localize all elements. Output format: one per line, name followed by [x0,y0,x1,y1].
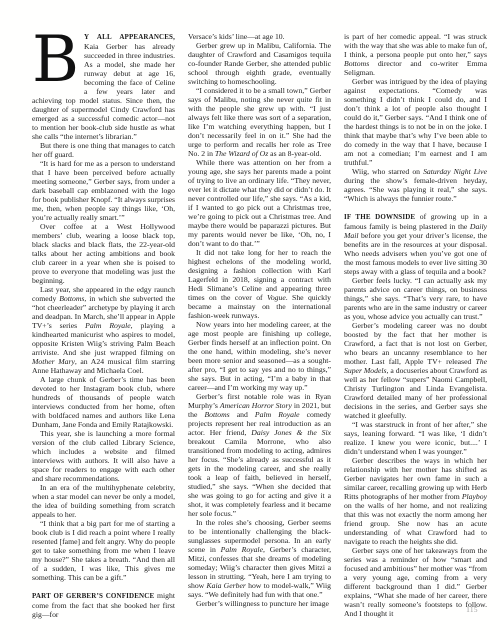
body-text: and [230,410,255,419]
text-column-1: BY ALL APPEARANCES, Kaia Gerber has alre… [32,32,175,619]
text-column-2: Versace’s kids’ line—at age 10.Gerber gr… [188,32,331,619]
paragraph: BY ALL APPEARANCES, Kaia Gerber has alre… [32,32,175,141]
section-lead-text: IF THE DOWNSIDE [344,213,415,221]
paragraph: In an era of the multihyphenate celebrit… [32,483,175,519]
paragraph: IF THE DOWNSIDE of growing up in a famou… [344,212,487,276]
paragraph: This year, she is launching a more forma… [32,429,175,483]
body-text: While there was attention on her from a … [188,158,331,248]
body-text: Gerber grew up in Malibu, California. Th… [188,41,331,86]
paragraph: is part of her comedic appeal. “I was st… [344,32,487,77]
body-text: Now years into her modeling career, at t… [188,320,331,392]
work-title-italic: Bottoms [344,59,369,68]
paragraph: “I considered it to be a small town,” Ge… [188,86,331,158]
paragraph: Last year, she appeared in the edgy raun… [32,285,175,375]
paragraph: While there was attention on her from a … [188,158,331,248]
body-text: breakout Camila Morrone, who also transi… [188,437,331,518]
paragraph: Gerber’s willingness to puncture her ima… [188,599,331,608]
work-title-italic: Bottoms [59,294,84,303]
body-text: Gerber was intrigued by the idea of play… [344,77,487,167]
body-text: Gerber feels lucky. “I can actually ask … [344,276,487,321]
body-text: “It is hard for me as a person to unders… [32,159,175,222]
body-text: Wiig, who starred on [352,167,423,176]
work-title-italic: The Wizard of Oz [215,149,268,158]
body-text: “I think that a big part for me of start… [32,519,175,582]
work-title-italic: American Horror Story [220,401,292,410]
paragraph: In the roles she’s choosing, Gerber seem… [188,518,331,599]
paragraph: It did not take long for her to reach th… [188,248,331,320]
paragraph: But there is one thing that manages to c… [32,141,175,159]
work-title-italic: Vogue [267,293,286,302]
work-title-italic: Kaia Gerber [206,581,245,590]
paragraph: “I think that a big part for me of start… [32,519,175,582]
drop-cap: B [32,34,79,88]
work-title-italic: Bottoms [204,410,229,419]
paragraph: Gerber feels lucky. “I can actually ask … [344,276,487,321]
text-column-3: is part of her comedic appeal. “I was st… [344,32,487,619]
paragraph: Gerber’s modeling career was no doubt bo… [344,321,487,420]
paragraph: “It is hard for me as a person to unders… [32,159,175,222]
body-text: is part of her comedic appeal. “I was st… [344,32,487,59]
body-text: as an 8-year-old. [268,149,321,158]
work-title-italic: Palm Royale [85,321,131,330]
body-text: This year, she is launching a more forma… [32,429,175,483]
section-lead-text: PART OF GERBER’S CONFIDENCE [32,592,154,600]
body-text: Over coffee at a West Hollywood members’… [32,222,175,285]
body-text: Gerber’s modeling career was no doubt bo… [344,321,487,366]
paragraph: Versace’s kids’ line—at age 10. [188,32,331,41]
body-text: Versace’s kids’ line—at age 10. [188,32,285,41]
paragraph: Gerber was intrigued by the idea of play… [344,77,487,167]
paragraph: Over coffee at a West Hollywood members’… [32,222,175,285]
paragraph: Wiig, who starred on Saturday Night Live… [344,167,487,203]
section-lead-text: Y ALL APPEARANCES, [84,33,175,41]
paragraph: A large chunk of Gerber’s time has been … [32,375,175,429]
paragraph: PART OF GERBER’S CONFIDENCE might come f… [32,591,175,619]
work-title-italic: Saturday Night Live [423,167,487,176]
body-text: “I was starstruck in front of her after,… [344,420,487,456]
body-text: on the walls of her home, and not realiz… [344,501,487,546]
paragraph: Gerber describes the ways in which her r… [344,456,487,546]
work-title-italic: Playboy [462,492,487,501]
body-text: before you get your driver’s license, th… [344,231,487,276]
body-text: , a docuseries about Crawford as well as… [344,366,487,420]
paragraph: Gerber grew up in Malibu, California. Th… [188,41,331,86]
work-title-italic: Mother Mary [32,357,75,366]
body-text: But there is one thing that manages to c… [32,141,175,159]
magazine-page: BY ALL APPEARANCES, Kaia Gerber has alre… [0,0,500,640]
paragraph: Now years into her modeling career, at t… [188,320,331,392]
body-text: A large chunk of Gerber’s time has been … [32,375,175,429]
work-title-italic: Palm Royale [221,545,263,554]
body-text: Gerber’s willingness to puncture her ima… [196,599,329,608]
work-title-italic: Daisy Jones & the Six [251,428,331,437]
work-title-italic: Palm Royale [255,410,300,419]
paragraph: Gerber’s first notable role was in Ryan … [188,392,331,518]
body-text: “I considered it to be a small town,” Ge… [188,86,331,158]
paragraph: “I was starstruck in front of her after,… [344,420,487,456]
body-text: during the show’s female-driven heyday, … [344,176,487,203]
page-number: 115 [466,606,478,614]
body-text: In an era of the multihyphenate celebrit… [32,483,175,519]
article-body: BY ALL APPEARANCES, Kaia Gerber has alre… [32,32,487,619]
